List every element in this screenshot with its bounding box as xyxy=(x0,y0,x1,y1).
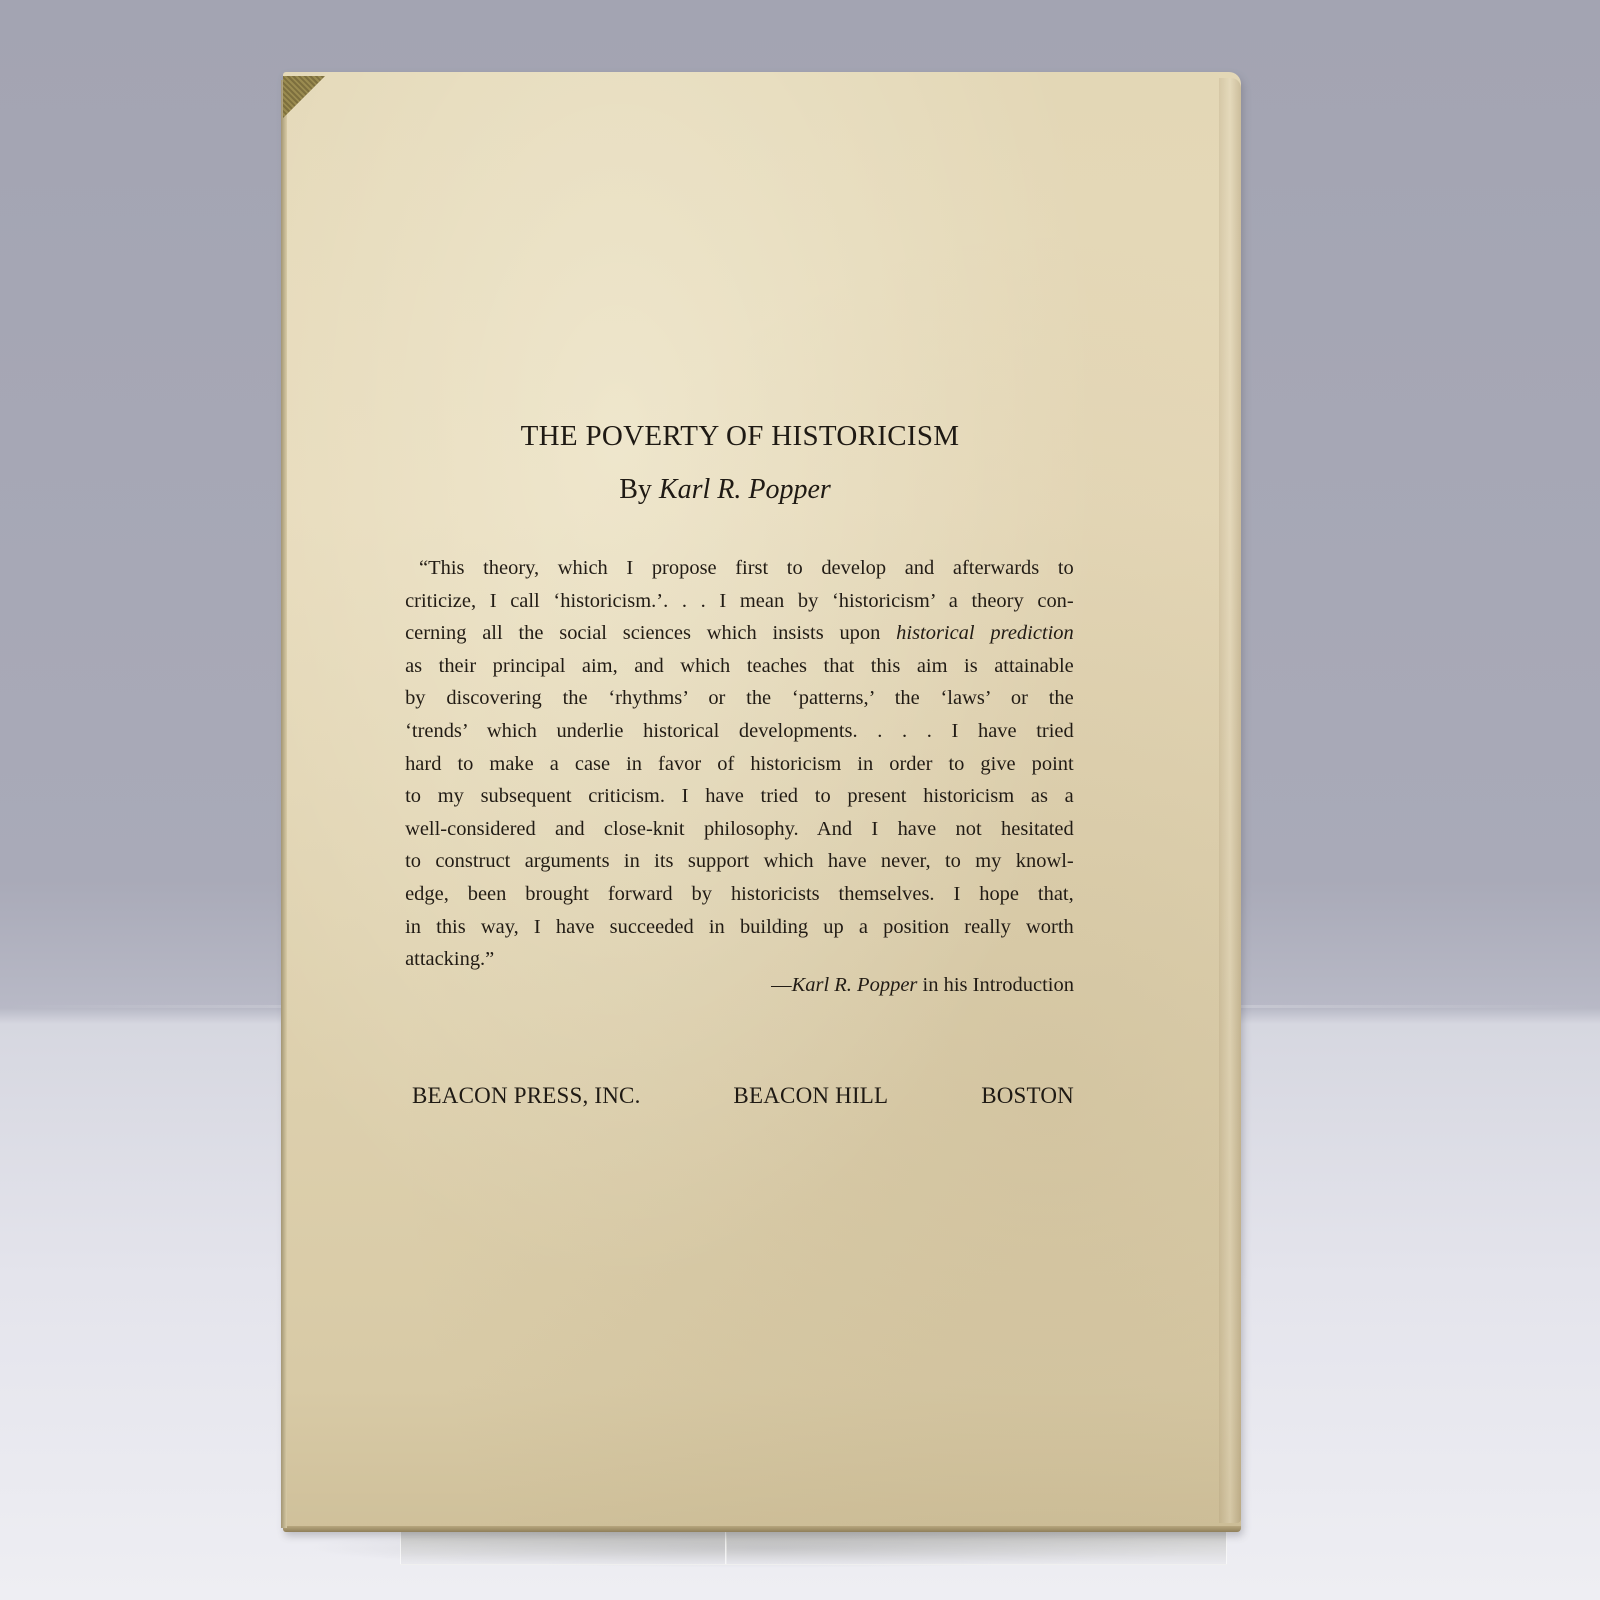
byline-prefix: By xyxy=(619,474,652,505)
byline: By Karl R. Popper xyxy=(0,474,1450,506)
quote-line-with-emphasis: cerning all the social sciences which in… xyxy=(405,617,1074,650)
byline-author: Karl R. Popper xyxy=(659,474,831,505)
quote-line: edge, been brought forward by historicis… xyxy=(405,878,1074,911)
quote-line: as their principal aim, and which teache… xyxy=(405,650,1074,683)
quote-attribution: —Karl R. Popper in his Introduction xyxy=(700,974,1074,997)
attribution-author: Karl R. Popper xyxy=(792,974,918,996)
quote-line: well-considered and close-knit philosoph… xyxy=(405,813,1074,846)
publisher-line: BEACON PRESS, INC. BEACON HILL BOSTON xyxy=(412,1083,1074,1109)
book-left-edge xyxy=(281,80,287,1528)
blurb-quote: “This theory, which I propose first to d… xyxy=(405,552,1477,976)
publisher-name: BEACON PRESS, INC. xyxy=(412,1083,641,1109)
publisher-city: BOSTON xyxy=(981,1083,1074,1109)
quote-line: to construct arguments in its support wh… xyxy=(405,845,1074,878)
attribution-dash: — xyxy=(771,974,792,996)
quote-line: in this way, I have succeeded in buildin… xyxy=(405,911,1074,944)
acrylic-stand-right xyxy=(725,1530,1227,1565)
quote-line: by discovering the ‘rhythms’ or the ‘pat… xyxy=(405,682,1074,715)
quote-line: hard to make a case in favor of historic… xyxy=(405,748,1074,781)
quote-line: “This theory, which I propose first to d… xyxy=(405,552,1074,585)
quote-line-text: cerning all the social sciences which in… xyxy=(405,622,880,644)
publisher-place: BEACON HILL xyxy=(733,1083,888,1109)
quote-emphasis: historical prediction xyxy=(896,622,1074,644)
quote-line: to my subsequent criticism. I have tried… xyxy=(405,780,1074,813)
quote-line: attacking.” xyxy=(405,943,1074,976)
book-title: THE POVERTY OF HISTORICISM xyxy=(0,420,1480,453)
quote-line: ‘trends’ which underlie historical devel… xyxy=(405,715,1074,748)
acrylic-stand-left xyxy=(400,1530,727,1565)
attribution-suffix: in his Introduction xyxy=(917,974,1074,996)
quote-line: criticize, I call ‘historicism.’. . . I … xyxy=(405,585,1074,618)
